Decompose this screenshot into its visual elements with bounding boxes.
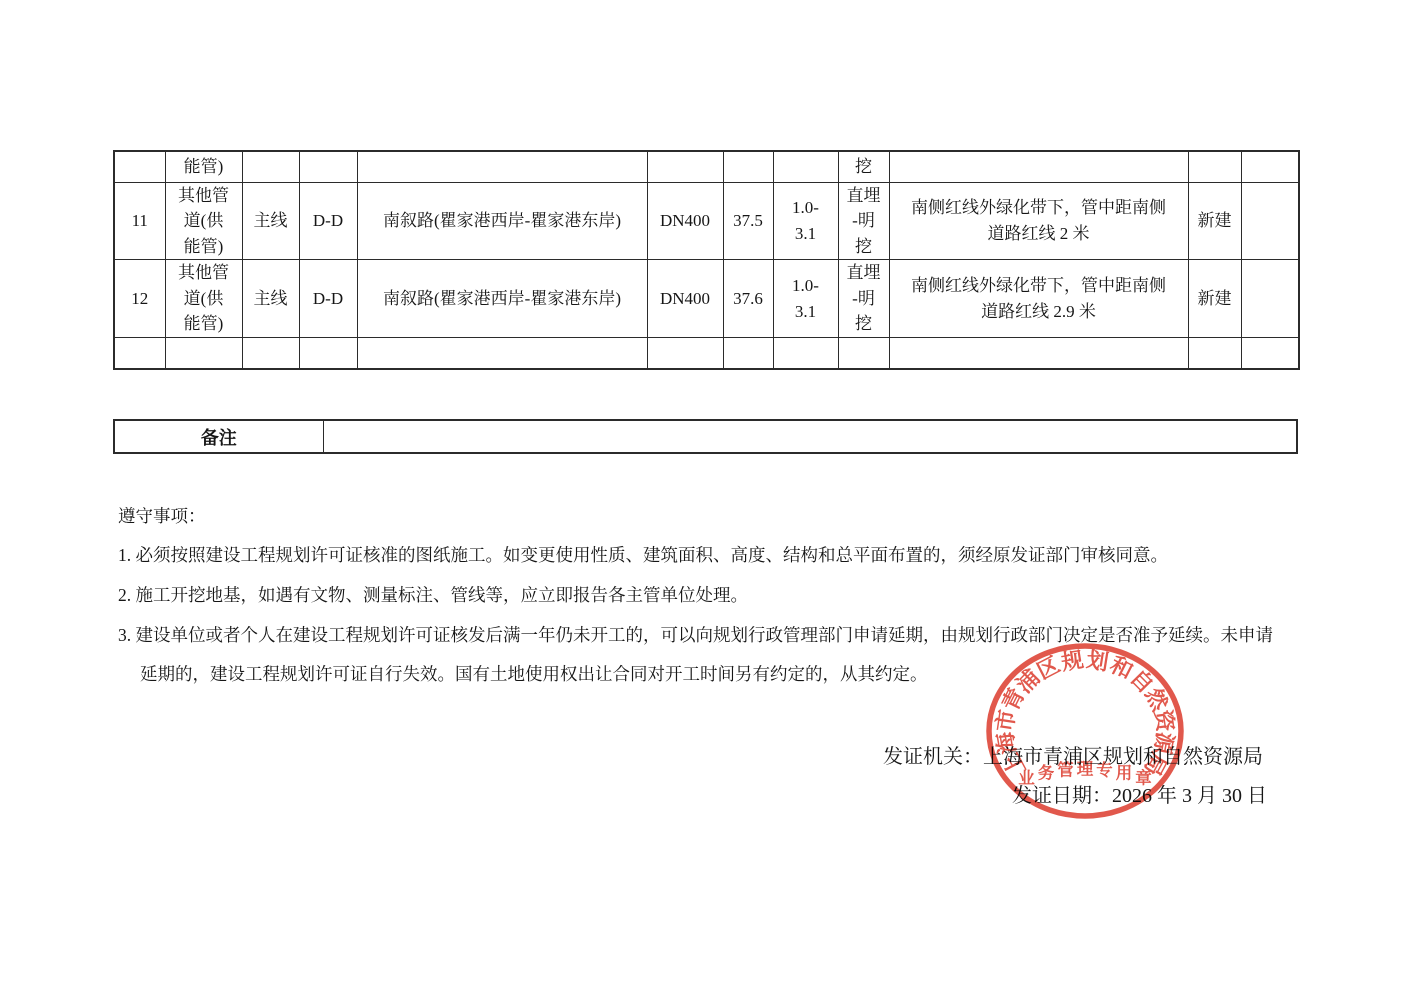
- cell-length: [723, 151, 773, 182]
- table-row-11: 11 其他管 道(供 能管) 主线 D-D 南叙路(瞿家港西岸-瞿家港东岸) D…: [114, 182, 1299, 260]
- cell-diameter: DN400: [647, 182, 723, 260]
- cell-location: 南侧红线外绿化带下，管中距南侧 道路红线 2.9 米: [889, 260, 1188, 338]
- cell-extra: [1241, 151, 1299, 182]
- stamp-ring-char: 规: [1060, 647, 1086, 675]
- table-row-partial: 能管) 挖: [114, 151, 1299, 182]
- stamp-bottom-char: 理: [1077, 760, 1094, 779]
- cell-burial: 直埋 -明 挖: [838, 260, 889, 338]
- stamp-bottom-char: 管: [1057, 760, 1074, 780]
- compliance-item-1: 1. 必须按照建设工程规划许可证核准的图纸施工。如变更使用性质、建筑面积、高度、…: [118, 545, 1168, 566]
- compliance-item-3-continued: 延期的，建设工程规划许可证自行失效。国有土地使用权出让合同对开工时间另有约定的，…: [140, 664, 928, 685]
- cell-location: [889, 151, 1188, 182]
- cell-line: 主线: [242, 260, 299, 338]
- cell-line: [242, 151, 299, 182]
- cell-diameter: [647, 151, 723, 182]
- cell-pipe-type: 其他管 道(供 能管): [165, 182, 242, 260]
- cell-road: 南叙路(瞿家港西岸-瞿家港东岸): [357, 260, 647, 338]
- remark-value: [323, 420, 1297, 453]
- cell-burial: 直埋 -明 挖: [838, 182, 889, 260]
- cell-section: D-D: [299, 260, 357, 338]
- cell-pipe-type: 其他管 道(供 能管): [165, 260, 242, 338]
- cell-extra: [1241, 182, 1299, 260]
- compliance-item-2: 2. 施工开挖地基，如遇有文物、测量标注、管线等，应立即报告各主管单位处理。: [118, 585, 748, 606]
- cell-pipe-type: 能管): [165, 151, 242, 182]
- remark-row: 备注: [114, 420, 1297, 453]
- cell-status: 新建: [1188, 260, 1241, 338]
- cell-no: 12: [114, 260, 165, 338]
- cell-section: D-D: [299, 182, 357, 260]
- cell-location: 南侧红线外绿化带下，管中距南侧 道路红线 2 米: [889, 182, 1188, 260]
- table-row-12: 12 其他管 道(供 能管) 主线 D-D 南叙路(瞿家港西岸-瞿家港东岸) D…: [114, 260, 1299, 338]
- cell-no: [114, 151, 165, 182]
- cell-diameter: DN400: [647, 260, 723, 338]
- cell-no: 11: [114, 182, 165, 260]
- cell-length: 37.5: [723, 182, 773, 260]
- stamp-ring-char: 划: [1085, 647, 1111, 675]
- document-page: 能管) 挖 11 其他管 道(供 能管) 主线 D-D 南叙路(瞿家港西岸-瞿家…: [0, 0, 1403, 992]
- cell-depth: [773, 151, 838, 182]
- stamp-bottom-char: 务: [1038, 763, 1055, 783]
- stamp-bottom-char: 业: [1018, 769, 1035, 788]
- stamp-bottom-char: 用: [1116, 764, 1133, 783]
- cell-line: 主线: [242, 182, 299, 260]
- compliance-heading: 遵守事项：: [118, 506, 206, 527]
- stamp-bottom-text: 业务管理专用章: [1018, 760, 1152, 788]
- cell-depth: 1.0- 3.1: [773, 260, 838, 338]
- pipeline-table: 能管) 挖 11 其他管 道(供 能管) 主线 D-D 南叙路(瞿家港西岸-瞿家…: [113, 150, 1300, 370]
- cell-extra: [1241, 260, 1299, 338]
- remark-table: 备注: [113, 419, 1298, 454]
- cell-status: 新建: [1188, 182, 1241, 260]
- table-row-empty: [114, 338, 1299, 369]
- cell-road: 南叙路(瞿家港西岸-瞿家港东岸): [357, 182, 647, 260]
- stamp-bottom-char: 专: [1096, 760, 1113, 780]
- cell-section: [299, 151, 357, 182]
- cell-length: 37.6: [723, 260, 773, 338]
- official-stamp: 上海市青浦区规划和自然资源局 业务管理专用章: [983, 641, 1187, 821]
- remark-label: 备注: [114, 420, 323, 453]
- stamp-bottom-char: 章: [1135, 768, 1152, 788]
- cell-status: [1188, 151, 1241, 182]
- cell-depth: 1.0- 3.1: [773, 182, 838, 260]
- cell-road: [357, 151, 647, 182]
- cell-burial: 挖: [838, 151, 889, 182]
